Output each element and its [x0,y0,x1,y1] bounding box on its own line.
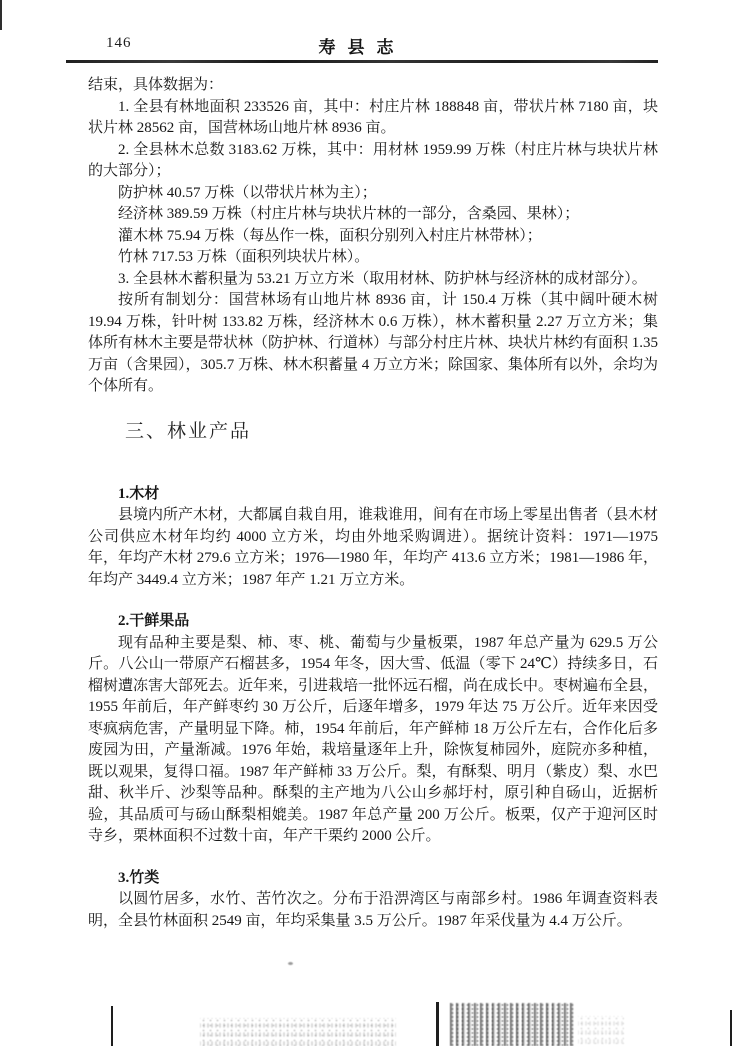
paragraph-forest-area: 1. 全县有林地面积 233526 亩，其中：村庄片林 188848 亩，带状片… [88,97,658,140]
paragraph-shelter-forest: 防护林 40.57 万株（以带状片林为主）； [88,183,658,205]
scan-edge-artifact [0,0,2,30]
scan-smudge-artifact [200,1018,396,1046]
paragraph-tree-total: 2. 全县林木总数 3183.62 万株，其中：用材林 1959.99 万株（村… [88,140,658,183]
scan-line-artifact-left [111,1006,113,1046]
subheading-bamboo: 3.竹类 [88,868,658,890]
subheading-dried-fresh-fruit: 2.干鲜果品 [88,611,658,633]
paragraph-timber-volume: 3. 全县林木蓄积量为 53.21 万立方米（取用材林、防护林与经济林的成材部分… [88,269,658,291]
paragraph-bamboo-products: 以圆竹居多，水竹、苦竹次之。分布于沿淠湾区与南部乡村。1986 年调查资料表明，… [88,889,658,932]
paragraph-continuation: 结束，具体数据为： [88,75,658,97]
paragraph-timber-products: 县境内所产木材，大都属自栽自用，谁栽谁用，间有在市场上零星出售者（县木材公司供应… [88,505,658,591]
header-rule [66,60,658,63]
section-heading-forestry-products: 三、林业产品 [88,417,658,447]
paragraph-fruit-products: 现有品种主要是梨、柿、枣、桃、葡萄与少量板栗，1987 年总产量为 629.5 … [88,633,658,848]
scan-line-artifact-right [730,1010,732,1046]
paragraph-economic-forest: 经济林 389.59 万株（村庄片林与块状片林的一部分，含桑园、果林）； [88,204,658,226]
page-body: 结束，具体数据为： 1. 全县有林地面积 233526 亩，其中：村庄片林 18… [88,75,658,932]
paragraph-ownership: 按所有制划分：国营林场有山地片林 8936 亩，计 150.4 万株（其中阔叶硬… [88,290,658,398]
scanned-book-page: 146 寿县志 结束，具体数据为： 1. 全县有林地面积 233526 亩，其中… [0,0,747,1046]
paragraph-bamboo-forest: 竹林 717.53 万株（面积列块状片林）。 [88,247,658,269]
subheading-timber: 1.木材 [88,484,658,506]
scan-streak-artifact [450,1003,576,1046]
paragraph-shrub-forest: 灌木林 75.94 万株（每丛作一株，面积分别列入村庄片林带林）； [88,226,658,248]
scan-line-artifact-center [436,1002,439,1046]
scan-smudge-artifact-tail [578,1016,624,1044]
book-title: 寿县志 [66,33,658,58]
scan-speck-artifact [288,962,293,965]
